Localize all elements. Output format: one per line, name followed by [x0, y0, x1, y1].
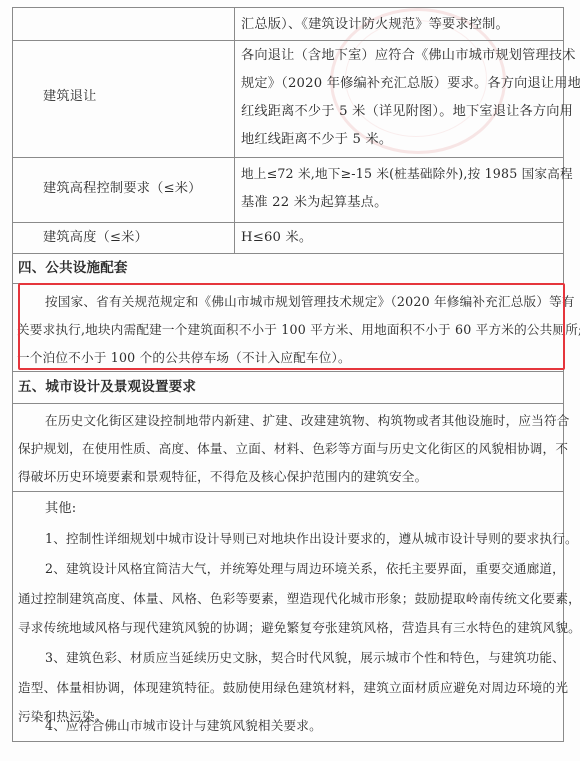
other-item-2-cont: 寻求传统地域风格与现代建筑风貌的协调；避免繁复夸张建筑风格，营造具有三水特色的建… [18, 614, 580, 642]
row1-value-line: 红线距离不少于 5 米（详见附图）。地下室退让各方向用 [241, 98, 573, 126]
row1-value-line: 地红线距离不少于 5 米。 [241, 126, 392, 154]
row-label-building-height: 建筑高度（≤米） [43, 224, 148, 252]
row-divider [13, 403, 563, 404]
other-item-3: 3、建筑色彩、材质应当延续历史文脉，契合时代风貌，展示城市个性和特色，与建筑功能… [45, 644, 565, 672]
row1-value-line: 各向退让（含地下室）应符合《佛山市城市规划管理技术 [241, 42, 576, 70]
row3-value-line: H≤60 米。 [241, 224, 312, 252]
document-page: 汇总版）、《建筑设计防火规范》等要求控制。 建筑退让 各向退让（含地下室）应符合… [0, 0, 580, 761]
other-item-1: 1、控制性详细规划中城市设计导则已对地块作出设计要求的，遵从城市设计导则的要求执… [45, 525, 578, 553]
highlight-annotation-box [18, 283, 565, 370]
other-item-2: 2、建筑设计风格宜简洁大气，并统筹处理与周边环境关系，依托主要界面，重要交通廊道… [45, 555, 565, 583]
row0-value-line: 汇总版）、《建筑设计防火规范》等要求控制。 [241, 11, 509, 39]
planning-conditions-table: 汇总版）、《建筑设计防火规范》等要求控制。 建筑退让 各向退让（含地下室）应符合… [12, 7, 564, 742]
other-item-3-cont: 造型、体量相协调，体现建筑特征。鼓励使用绿色建筑材料，建筑立面材质应避免对周边环… [18, 674, 568, 702]
other-item-2-cont: 通过控制建筑高度、体量、风格、色彩等要素，塑造现代化城市形象；鼓励提取岭南传统文… [18, 585, 580, 613]
row-label-elevation-control: 建筑高程控制要求（≤米） [43, 175, 202, 203]
row-label-building-setback: 建筑退让 [43, 83, 97, 111]
section4-title: 四、公共设施配套 [18, 254, 128, 282]
section5-paragraph-line: 得破坏历史环境要素和景观特征，不得危及核心保护范围内的建筑安全。 [18, 463, 427, 491]
section5-paragraph-line: 在历史文化街区建设控制地带内新建、扩建、改建建筑物、构筑物或者其他设施时，应当符… [45, 407, 570, 435]
other-item-4: 4、应符合佛山市城市设计与建筑风貌相关要求。 [45, 712, 322, 740]
column-divider [234, 8, 235, 253]
row1-value-line: 规定》（2020 年修编补充汇总版）要求。各方向退让用地 [241, 70, 580, 98]
row-divider [13, 222, 563, 223]
row2-value-line: 地上≤72 米,地下≥-15 米(桩基础除外),按 1985 国家高程 [241, 160, 573, 188]
row-divider [13, 491, 563, 492]
other-heading: 其他: [45, 495, 76, 523]
row2-value-line: 基准 22 米为起算基点。 [241, 189, 387, 217]
row-divider [13, 40, 563, 41]
row-divider [13, 157, 563, 158]
section5-paragraph-line: 保护规划，在使用性质、高度、体量、立面、材料、色彩等方面与历史文化街区的风貌相协… [18, 435, 568, 463]
section5-title: 五、城市设计及景观设置要求 [18, 373, 196, 401]
